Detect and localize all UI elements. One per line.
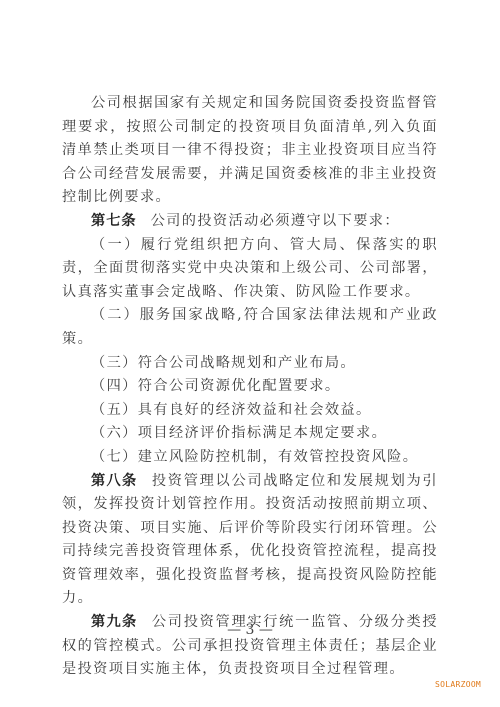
article-heading: 第八条: [91, 473, 138, 489]
item-5: （五）具有良好的经济效益和社会效益。: [62, 399, 438, 423]
paragraph-text: （六）项目经济评价指标满足本规定要求。: [91, 425, 387, 441]
paragraph-intro: 公司根据国家有关规定和国务院国资委投资监督管理要求，按照公司制定的投资项目负面清…: [62, 92, 438, 210]
item-2: （二）服务国家战略,符合国家法律法规和产业政策。: [62, 304, 438, 351]
paragraph-text: （二）服务国家战略,符合国家法律法规和产业政策。: [62, 307, 438, 347]
paragraph-text: （三）符合公司战略规划和产业布局。: [91, 355, 356, 371]
watermark-logo: SOLARZOOM: [435, 680, 481, 689]
page-number: — 3 —: [0, 622, 500, 638]
paragraph-text: （一）履行党组织把方向、管大局、保落实的职责，全面贯彻落实党中央决策和上级公司、…: [62, 237, 438, 300]
document-body: 公司根据国家有关规定和国务院国资委投资监督管理要求，按照公司制定的投资项目负面清…: [62, 92, 438, 682]
item-4: （四）符合公司资源优化配置要求。: [62, 375, 438, 399]
paragraph-text: 公司根据国家有关规定和国务院国资委投资监督管理要求，按照公司制定的投资项目负面清…: [62, 95, 438, 205]
paragraph-text: 公司的投资活动必须遵守以下要求：: [151, 213, 400, 229]
article-7: 第七条公司的投资活动必须遵守以下要求：: [62, 210, 438, 234]
article-8: 第八条投资管理以公司战略定位和发展规划为引领，发挥投资计划管控作用。投资活动按照…: [62, 470, 438, 612]
item-6: （六）项目经济评价指标满足本规定要求。: [62, 422, 438, 446]
paragraph-text: （七）建立风险防控机制，有效管控投资风险。: [91, 449, 418, 465]
paragraph-text: （四）符合公司资源优化配置要求。: [91, 378, 340, 394]
item-1: （一）履行党组织把方向、管大局、保落实的职责，全面贯彻落实党中央决策和上级公司、…: [62, 234, 438, 305]
paragraph-text: （五）具有良好的经济效益和社会效益。: [91, 402, 372, 418]
item-7: （七）建立风险防控机制，有效管控投资风险。: [62, 446, 438, 470]
paragraph-text: 投资管理以公司战略定位和发展规划为引领，发挥投资计划管控作用。投资活动按照前期立…: [62, 473, 438, 607]
article-heading: 第七条: [91, 213, 137, 229]
item-3: （三）符合公司战略规划和产业布局。: [62, 352, 438, 376]
